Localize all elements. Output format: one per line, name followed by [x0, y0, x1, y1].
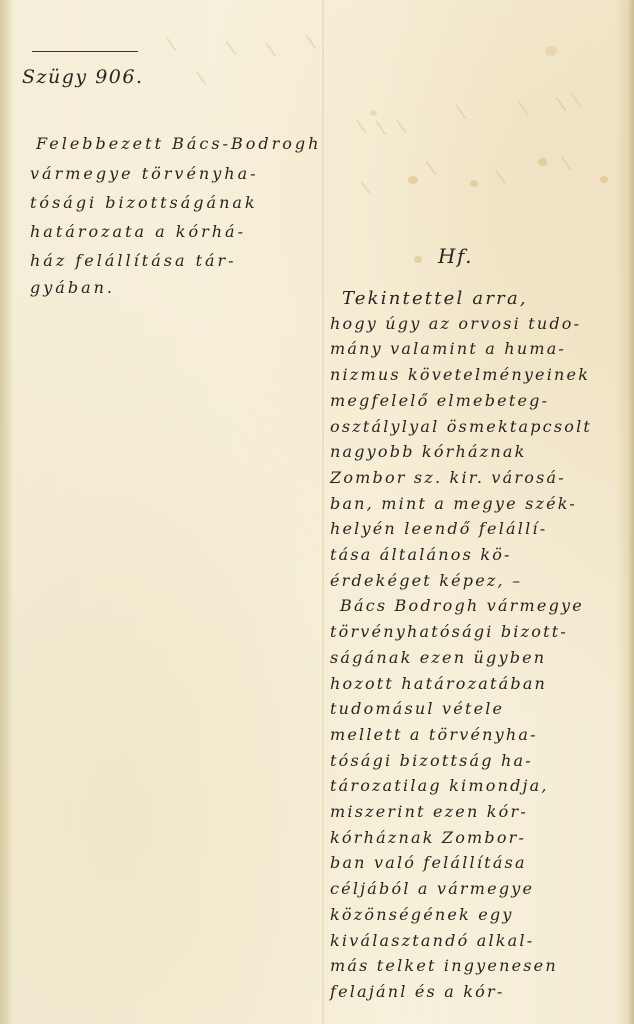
body-line: helyén leendő felállí-	[330, 519, 547, 538]
subject-line: gyában.	[30, 278, 115, 297]
body-line: tudomásul vétele	[330, 699, 504, 718]
foxing-stain	[545, 46, 557, 56]
body-line: hogy úgy az orvosi tudo-	[330, 314, 581, 333]
body-line: ban, mint a megye szék-	[330, 494, 577, 513]
foxing-stain	[538, 158, 547, 166]
heading-mark: Hf.	[438, 244, 473, 268]
body-line: miszerint ezen kór-	[330, 802, 528, 821]
page-edge-right	[628, 0, 634, 1024]
foxing-stain	[470, 180, 478, 187]
bleed-through-mark	[226, 41, 237, 55]
bleed-through-mark	[396, 119, 407, 133]
subject-line: Felebbezett Bács-Bodrogh	[36, 134, 321, 153]
body-line: közönségének egy	[330, 905, 514, 924]
subject-line: tósági bizottságának	[30, 193, 258, 212]
body-line: érdekéget képez, –	[330, 571, 522, 590]
bleed-through-mark	[496, 171, 507, 185]
body-line: ságának ezen ügyben	[330, 648, 546, 667]
bleed-through-mark	[196, 71, 207, 85]
body-line: céljából a vármegye	[330, 879, 534, 898]
body-line: mellett a törvényha-	[330, 725, 538, 744]
bleed-through-mark	[571, 93, 582, 107]
body-line: tározatilag kimondja,	[330, 776, 549, 795]
subject-line: ház felállítása tár-	[30, 251, 237, 270]
bleed-through-mark	[561, 156, 572, 170]
bleed-through-mark	[306, 35, 317, 49]
foxing-stain	[600, 176, 608, 183]
body-line: kórháznak Zombor-	[330, 828, 526, 847]
bleed-through-mark	[356, 119, 367, 133]
body-line: nagyobb kórháznak	[330, 442, 527, 461]
bleed-through-mark	[361, 181, 372, 195]
body-line: más telket ingyenesen	[330, 956, 558, 975]
body-line: tása általános kö-	[330, 545, 512, 564]
bleed-through-mark	[266, 43, 277, 57]
foxing-stain	[414, 256, 422, 263]
body-line: nizmus követelményeinek	[330, 365, 590, 384]
reference-number: Szügy 906.	[22, 66, 144, 88]
body-line: tósági bizottság ha-	[330, 751, 533, 770]
subject-line: határozata a kórhá-	[30, 222, 246, 241]
bleed-through-mark	[166, 37, 177, 51]
reference-underline	[32, 51, 138, 52]
page-fold	[322, 0, 324, 1024]
body-line: Zombor sz. kir. városá-	[330, 468, 566, 487]
page-edge-left	[0, 0, 12, 1024]
body-line: hozott határozatában	[330, 674, 547, 693]
body-line: osztálylyal ösmektapcsolt	[330, 417, 592, 436]
manuscript-page: Szügy 906. Felebbezett Bács-Bodrogh várm…	[0, 0, 634, 1024]
body-line: Tekintettel arra,	[342, 288, 528, 309]
body-line: ban való felállítása	[330, 853, 527, 872]
body-line: megfelelő elmebeteg-	[330, 391, 549, 410]
body-line: Bács Bodrogh vármegye	[340, 596, 584, 615]
bleed-through-mark	[426, 161, 437, 175]
bleed-through-mark	[556, 97, 567, 111]
body-line: mány valamint a huma-	[330, 339, 566, 358]
body-line: kiválasztandó alkal-	[330, 931, 534, 950]
foxing-stain	[370, 110, 377, 116]
bleed-through-mark	[376, 121, 387, 135]
bleed-through-mark	[518, 101, 529, 115]
body-line: törvényhatósági bizott-	[330, 622, 568, 641]
body-line: felajánl és a kór-	[330, 982, 504, 1001]
bleed-through-mark	[456, 105, 467, 119]
foxing-stain	[408, 176, 418, 184]
subject-line: vármegye törvényha-	[30, 164, 259, 183]
